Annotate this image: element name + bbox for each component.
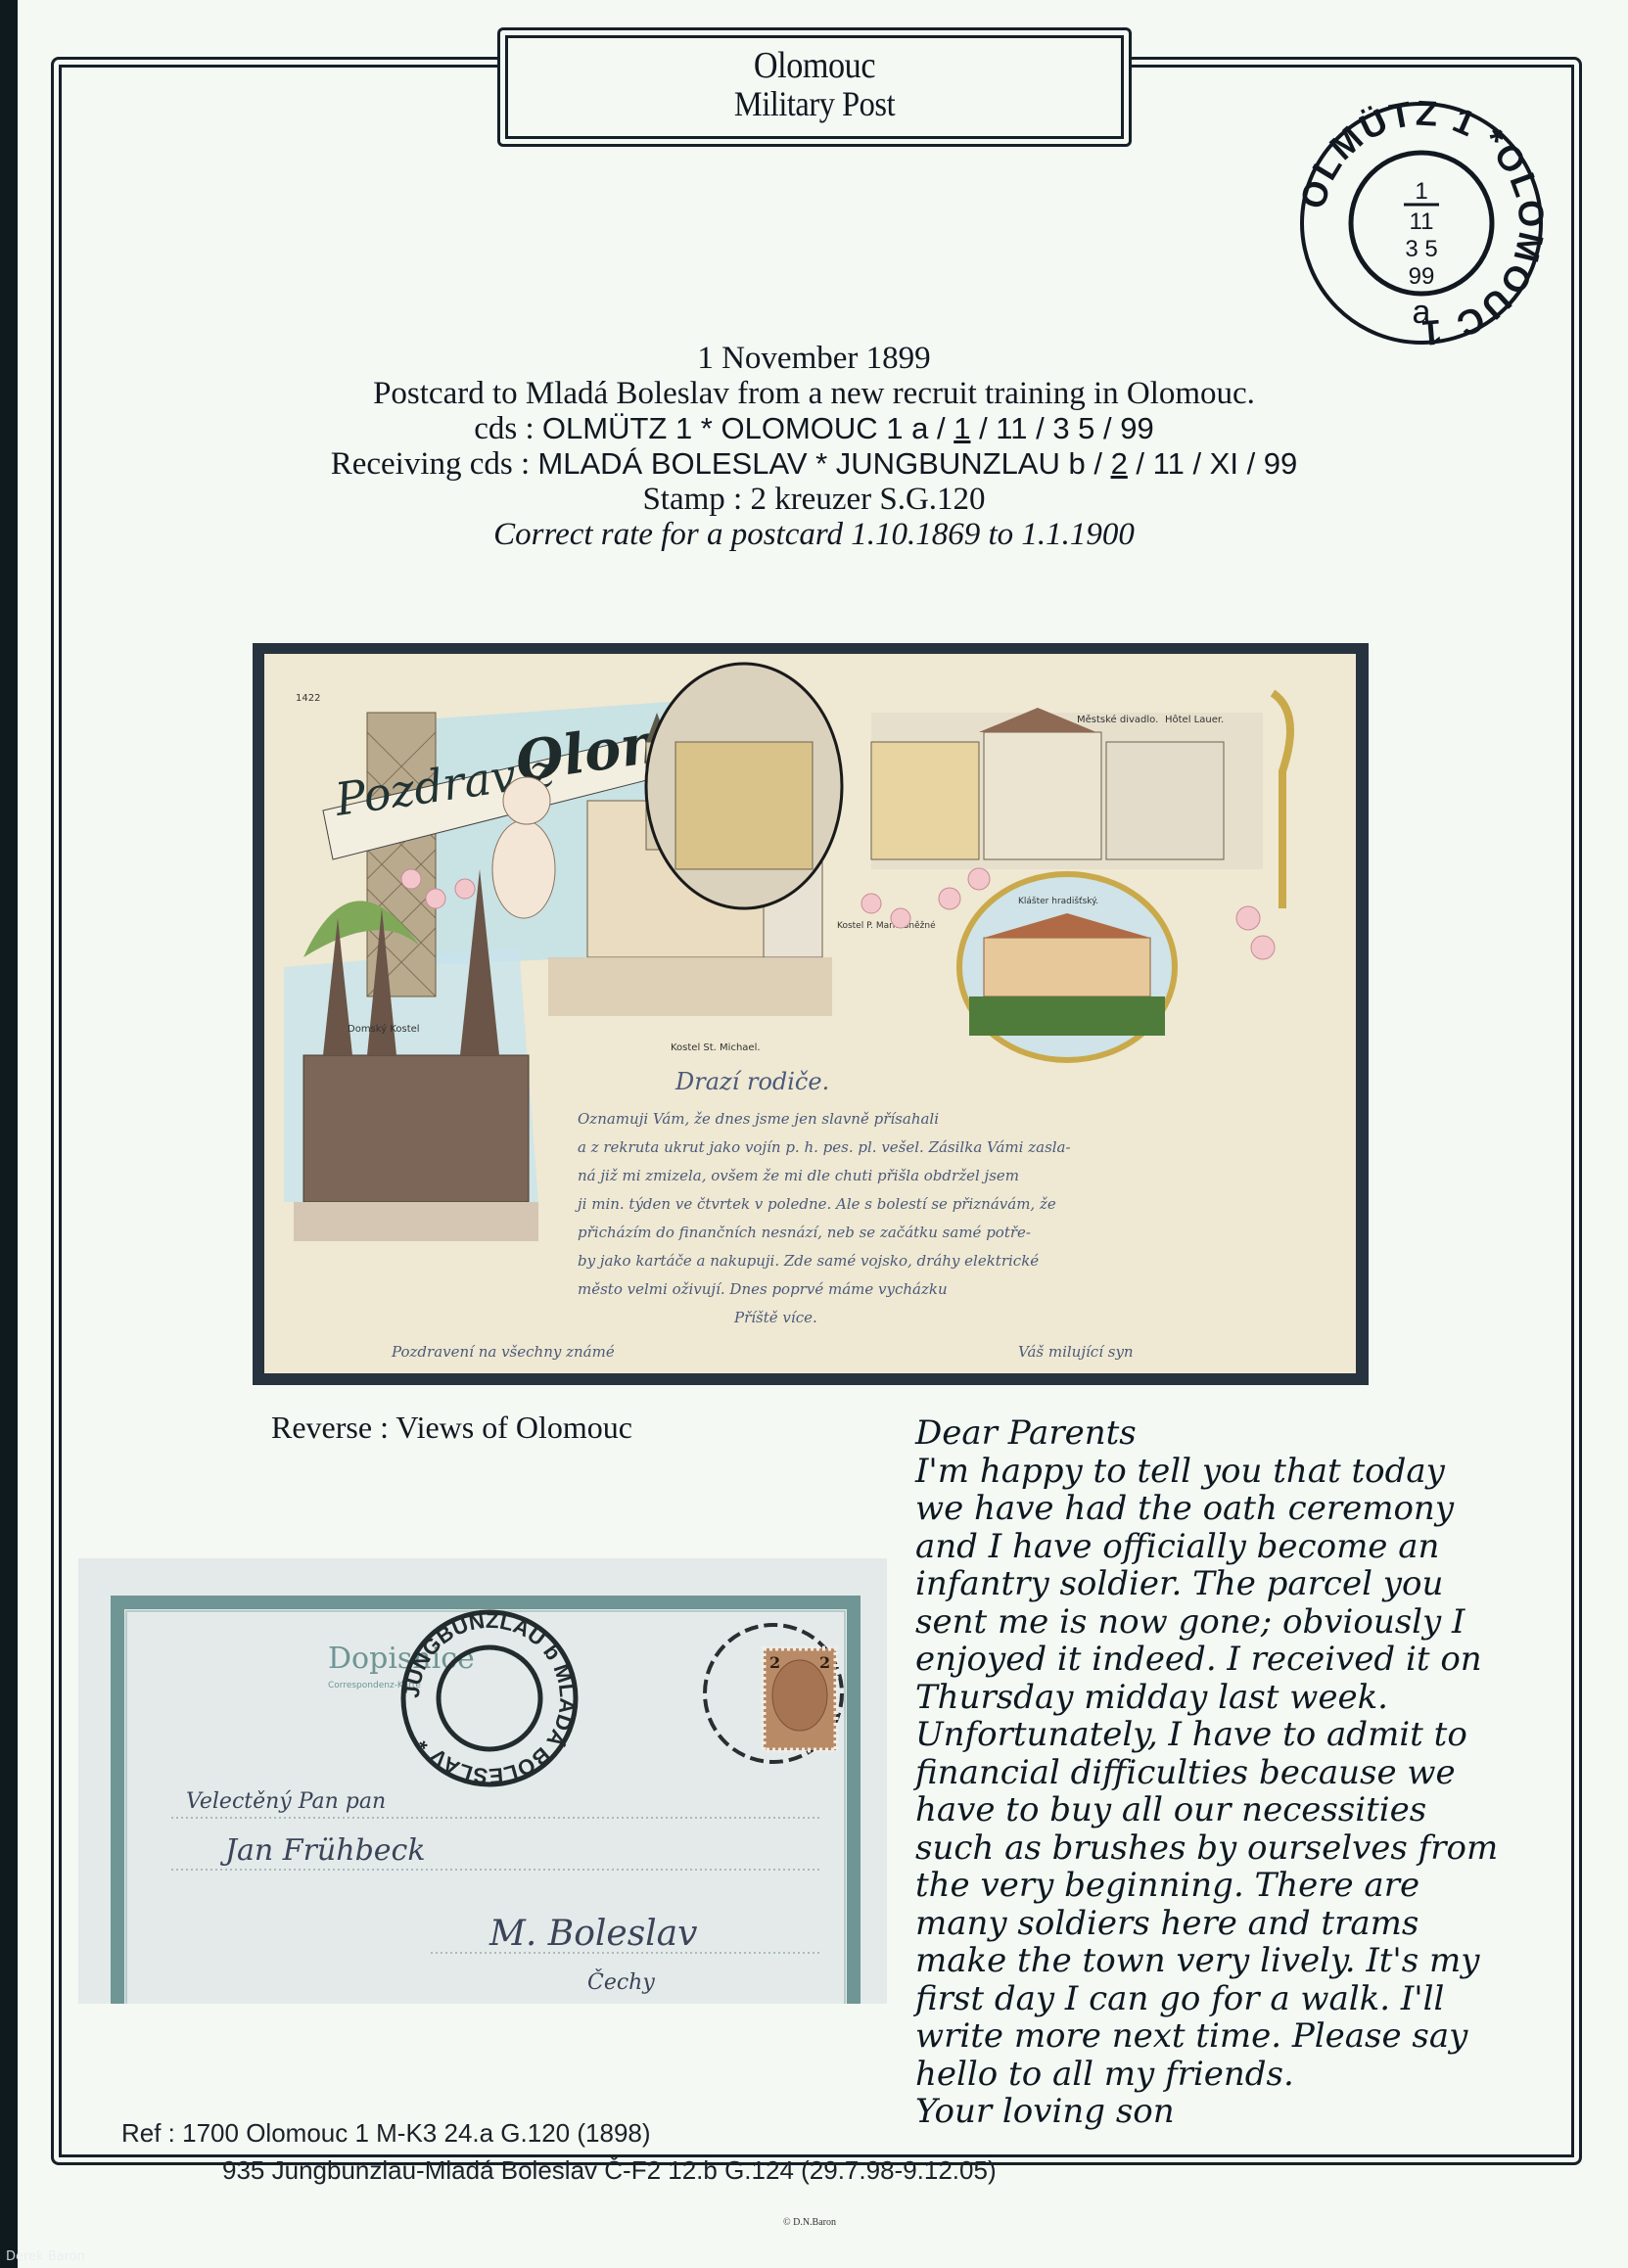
translation-line: first day I can go for a walk. I'll <box>915 1980 1561 2018</box>
svg-text:Drazí rodiče.: Drazí rodiče. <box>674 1068 829 1095</box>
svg-text:Velectěný Pan pan: Velectěný Pan pan <box>186 1789 386 1814</box>
postcard-back-illustration: Dopisnice Correspondenz-Karte JUNGBUNZLA… <box>78 1558 887 2004</box>
translation-line: sent me is now gone; obviously I <box>915 1603 1561 1642</box>
reference-line-1: Ref : 1700 Olomouc 1 M-K3 24.a G.120 (18… <box>121 2118 651 2148</box>
svg-text:přicházím do finančních nesnáz: přicházím do finančních nesnází, neb se … <box>578 1224 1031 1241</box>
translation-line: we have had the oath ceremony <box>915 1490 1561 1528</box>
translation-line: such as brushes by ourselves from <box>915 1829 1561 1868</box>
svg-text:Jan Frühbeck: Jan Frühbeck <box>219 1833 426 1868</box>
page-title: Olomouc <box>538 44 1090 87</box>
title-box: Olomouc Military Post <box>505 35 1124 139</box>
svg-text:Váš milující syn: Váš milující syn <box>1018 1343 1134 1361</box>
translation-line: many soldiers here and trams <box>915 1905 1561 1943</box>
svg-text:Příště více.: Příště více. <box>733 1309 817 1326</box>
svg-text:Dopisnice: Dopisnice <box>328 1642 475 1676</box>
svg-text:Klášter hradišťský.: Klášter hradišťský. <box>1018 896 1098 906</box>
stamp-line: Stamp : 2 kreuzer S.G.120 <box>0 482 1628 517</box>
translation-line: I'm happy to tell you that today <box>915 1453 1561 1491</box>
translation-line: Dear Parents <box>915 1414 1561 1453</box>
svg-text:Kostel St. Michael.: Kostel St. Michael. <box>671 1042 761 1053</box>
svg-text:ná již mi zmizela, ovšem že mi: ná již mi zmizela, ovšem že mi dle chuti… <box>578 1167 1019 1184</box>
svg-text:99: 99 <box>1409 263 1435 290</box>
translation-line: have to buy all our necessities <box>915 1791 1561 1829</box>
svg-text:1422: 1422 <box>296 693 320 704</box>
postcard-front-illustration: 1422 Pozdrav z Olomouce Kostel St. Micha… <box>264 654 1356 1373</box>
watermark: Derek Baron <box>6 2249 85 2264</box>
svg-text:Oznamuji Vám, že dnes jsme jen: Oznamuji Vám, že dnes jsme jen slavně př… <box>578 1110 939 1128</box>
catalogue-references: Ref : 1700 Olomouc 1 M-K3 24.a G.120 (18… <box>121 2114 997 2189</box>
reverse-caption: Reverse : Views of Olomouc <box>271 1410 632 1446</box>
svg-text:1: 1 <box>1415 178 1427 205</box>
item-date: 1 November 1899 <box>0 341 1628 376</box>
item-description: 1 November 1899 Postcard to Mladá Bolesl… <box>0 341 1628 552</box>
cds-line: cds : OLMÜTZ 1 * OLOMOUC 1 a / 1 / 11 / … <box>0 411 1628 446</box>
translation-line: financial difficulties because we <box>915 1754 1561 1792</box>
translation-line: and I have officially become an <box>915 1528 1561 1566</box>
translation-line: hello to all my friends. <box>915 2056 1561 2094</box>
translation-line: enjoyed it indeed. I received it on <box>915 1641 1561 1679</box>
svg-text:Kostel P. Marie Sněžné: Kostel P. Marie Sněžné <box>837 920 936 931</box>
translation-line: infantry soldier. The parcel you <box>915 1565 1561 1603</box>
svg-text:2: 2 <box>819 1653 830 1672</box>
translation-line: make the town very lively. It's my <box>915 1942 1561 1980</box>
receiving-cds-line: Receiving cds : MLADÁ BOLESLAV * JUNGBUN… <box>0 446 1628 482</box>
svg-text:ji min. týden ve čtvrtek v pol: ji min. týden ve čtvrtek v poledne. Ale … <box>575 1195 1056 1213</box>
postcard-front-image: 1422 Pozdrav z Olomouce Kostel St. Micha… <box>264 654 1356 1373</box>
postcard-back-image: Dopisnice Correspondenz-Karte JUNGBUNZLA… <box>78 1558 887 2004</box>
letter-translation: Dear ParentsI'm happy to tell you that t… <box>915 1414 1561 2131</box>
translation-line: Thursday midday last week. <box>915 1679 1561 1717</box>
svg-text:Čechy: Čechy <box>587 1968 655 1995</box>
svg-text:a z rekruta ukrut jako vojín p: a z rekruta ukrut jako vojín p. h. pes. … <box>578 1138 1071 1156</box>
svg-text:město velmi oživují. Dnes popr: město velmi oživují. Dnes poprvé máme vy… <box>578 1280 948 1298</box>
item-summary: Postcard to Mladá Boleslav from a new re… <box>0 376 1628 411</box>
svg-text:3 5: 3 5 <box>1405 236 1437 262</box>
svg-text:Městské divadlo.: Městské divadlo. <box>1077 714 1158 725</box>
olmutz-postmark: OLMÜTZ 1 *OLOMOUC 1 a 1 11 3 5 99 <box>1294 96 1549 350</box>
translation-line: write more next time. Please say <box>915 2017 1561 2056</box>
translation-line: Unfortunately, I have to admit to <box>915 1716 1561 1754</box>
svg-text:by jako kartáče a nakupuji. Zd: by jako kartáče a nakupuji. Zde samé voj… <box>578 1252 1039 1270</box>
svg-text:Hôtel Lauer.: Hôtel Lauer. <box>1165 714 1224 725</box>
reference-line-2: 935 Jungbunzlau-Mladá Boleslav Č-F2 12.b… <box>121 2152 997 2189</box>
rate-note: Correct rate for a postcard 1.10.1869 to… <box>0 517 1628 552</box>
svg-text:Pozdravení na všechny známé: Pozdravení na všechny známé <box>391 1343 615 1361</box>
svg-text:2: 2 <box>769 1653 780 1672</box>
svg-text:M. Boleslav: M. Boleslav <box>488 1914 697 1954</box>
svg-text:Domský Kostel: Domský Kostel <box>348 1023 420 1035</box>
translation-line: the very beginning. There are <box>915 1867 1561 1905</box>
copyright-notice: © D.N.Baron <box>783 2217 836 2228</box>
svg-text:11: 11 <box>1410 208 1434 235</box>
svg-text:a: a <box>1413 294 1431 331</box>
page-subtitle: Military Post <box>538 83 1090 124</box>
translation-line: Your loving son <box>915 2093 1561 2131</box>
